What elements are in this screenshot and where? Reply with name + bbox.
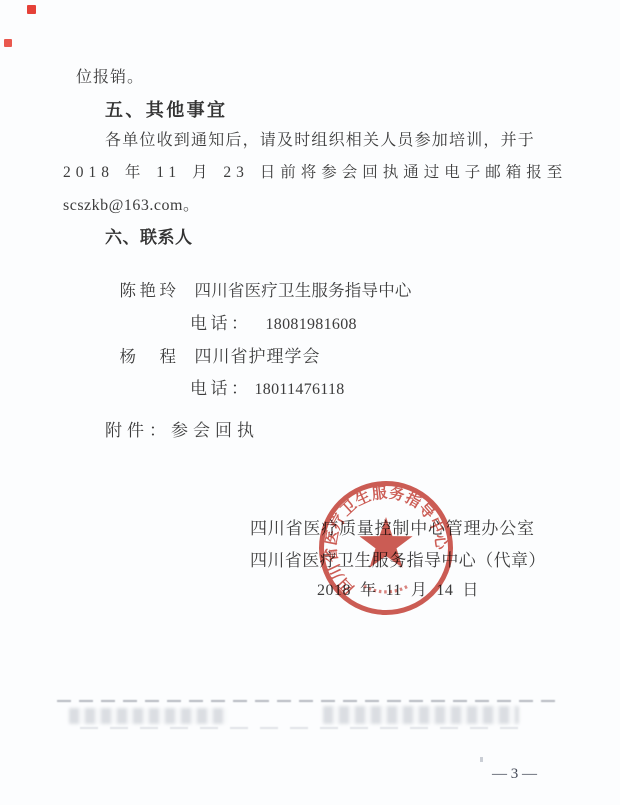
paragraph-line: 2018 年 11 月 23 日前将参会回执通过电子邮箱报至 bbox=[63, 163, 567, 182]
signature-organization-1: 四川省医疗质量控制中心管理办公室 bbox=[250, 518, 535, 539]
contact-phone-row: 电话：18011476118 bbox=[173, 357, 345, 422]
scan-speck bbox=[480, 757, 483, 762]
red-ink-speck bbox=[27, 5, 36, 14]
phone-number: 18011476118 bbox=[255, 381, 345, 398]
bleed-through-text-smudge bbox=[323, 706, 519, 724]
signature-organization-2: 四川省医疗卫生服务指导中心（代章） bbox=[250, 550, 546, 571]
bleed-through-text-smudge bbox=[69, 708, 227, 724]
red-ink-speck bbox=[4, 39, 12, 47]
email-address: scszkb@163.com。 bbox=[63, 196, 199, 216]
paragraph-line: 各单位收到通知后，请及时组织相关人员参加培训，并于 bbox=[105, 131, 535, 151]
section-heading-contacts: 六、联系人 bbox=[105, 227, 193, 248]
attachment-line: 附件：参会回执 bbox=[105, 420, 259, 441]
bleed-through-rule bbox=[80, 727, 520, 729]
paragraph-continuation: 位报销。 bbox=[76, 68, 144, 88]
page-number: — 3 — bbox=[492, 765, 537, 784]
document-page: 位报销。 五、其他事宜 各单位收到通知后，请及时组织相关人员参加培训，并于 20… bbox=[0, 0, 620, 805]
phone-label: 电话： bbox=[190, 379, 252, 398]
signature-date: 2018 年 11 月 14 日 bbox=[317, 581, 479, 601]
bleed-through-rule bbox=[57, 700, 555, 702]
seal-ring-text: 四川省医疗卫生服务指导中心 bbox=[323, 483, 451, 596]
section-heading-other-matters: 五、其他事宜 bbox=[105, 99, 227, 122]
